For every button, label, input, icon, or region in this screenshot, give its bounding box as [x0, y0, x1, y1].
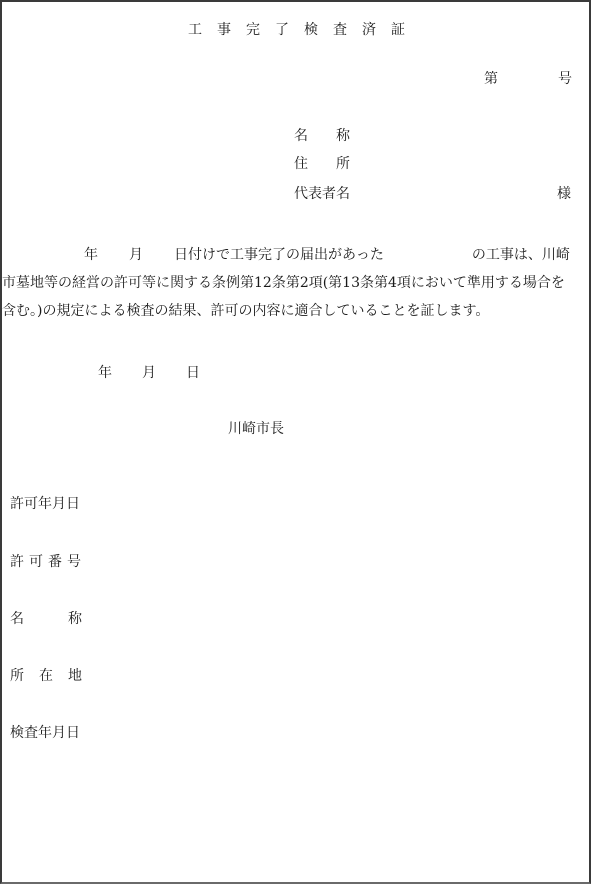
issue-month: 月	[142, 365, 156, 381]
title-char: 証	[391, 22, 420, 38]
label-char: 所	[10, 668, 39, 684]
title-char: 事	[217, 22, 246, 38]
title-char: 査	[333, 22, 362, 38]
label-char: 許	[10, 554, 29, 570]
number-suffix: 号	[558, 71, 572, 87]
inspection-date-label: 検査年月日	[10, 725, 80, 741]
label-char: 地	[68, 668, 97, 684]
title-char: 検	[304, 22, 333, 38]
addressee-name-label: 名称	[294, 128, 350, 144]
label-char: 称	[336, 128, 350, 144]
body-line-3: 含む。)の規定による検査の結果、許可の内容に適合していることを証します。	[2, 297, 590, 325]
label-char: 名	[10, 611, 68, 627]
permit-date-label: 許可年月日	[10, 496, 80, 512]
certificate-body: 年月日付けで工事完了の届出があったの工事は、川崎 市墓地等の経営の許可等に関する…	[10, 241, 590, 325]
name-label: 名称	[10, 611, 82, 627]
issue-year: 年	[98, 365, 112, 381]
title-char: 了	[275, 22, 304, 38]
document-title: 工事完了検査済証	[188, 22, 420, 38]
title-char: 済	[362, 22, 391, 38]
addressee-address-label: 住所	[294, 156, 350, 172]
body-year: 年	[84, 247, 98, 263]
issuer: 川崎市長	[228, 421, 284, 437]
body-line-1: 年月日付けで工事完了の届出があったの工事は、川崎	[10, 241, 590, 269]
issue-day: 日	[186, 365, 200, 381]
label-char: 可	[29, 554, 48, 570]
body-line-2: 市墓地等の経営の許可等に関する条例第12条第2項(第13条第4項において準用する…	[2, 269, 590, 297]
location-label: 所在地	[10, 668, 97, 684]
title-char: 完	[246, 22, 275, 38]
label-char: 在	[39, 668, 68, 684]
issue-date: 年月日	[98, 365, 200, 381]
representative-label: 代表者名	[294, 186, 350, 202]
certificate-page: 工事完了検査済証 第 号 名称 住所 代表者名 様 年月日付けで工事完了の届出が…	[0, 0, 591, 884]
label-char: 所	[336, 156, 350, 172]
number-prefix: 第	[484, 71, 498, 87]
title-char: 工	[188, 22, 217, 38]
honorific: 様	[557, 186, 571, 202]
body-after-blank: の工事は、川崎	[472, 247, 570, 263]
body-month: 月	[129, 247, 143, 263]
label-char: 称	[68, 611, 82, 627]
label-char: 名	[294, 128, 308, 144]
label-char: 住	[294, 156, 308, 172]
label-char: 番	[48, 554, 67, 570]
label-char: 号	[67, 554, 86, 570]
body-day-text: 日付けで工事完了の届出があった	[174, 247, 384, 263]
permit-number-label: 許可番号	[10, 554, 86, 570]
